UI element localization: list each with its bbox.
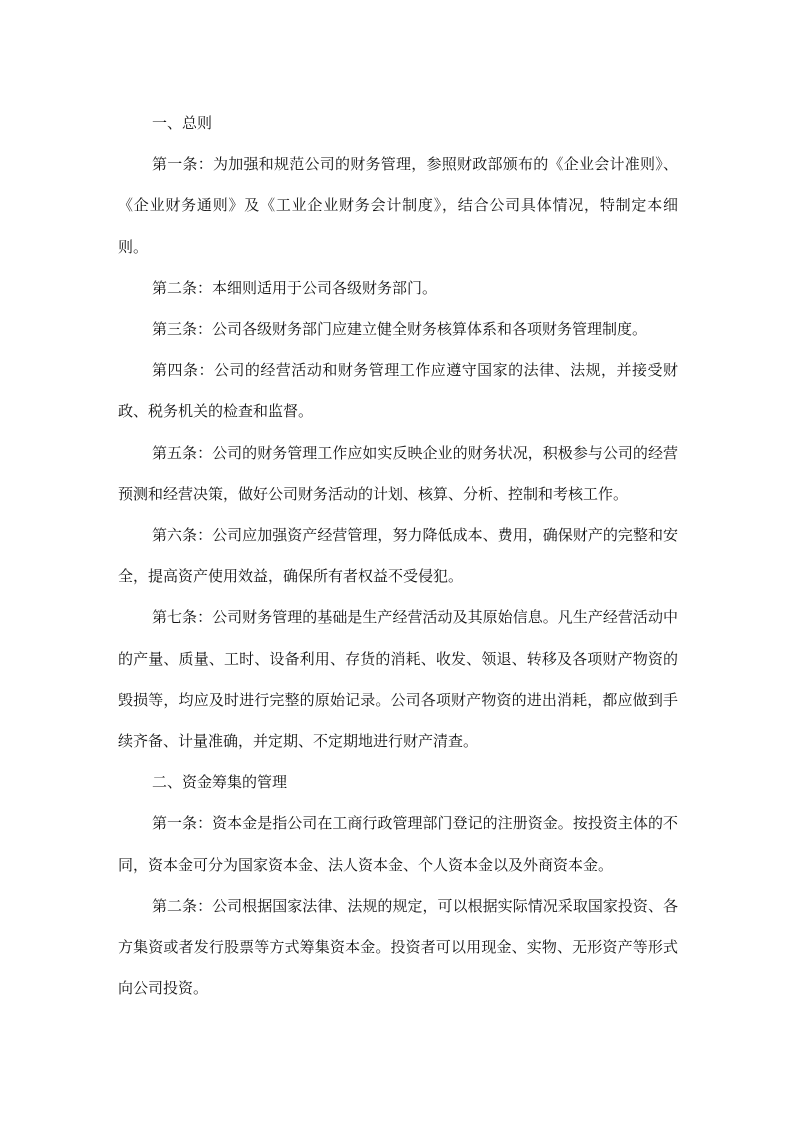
document-page: 一、总则 第一条：为加强和规范公司的财务管理，参照财政部颁布的《企业会计准则》、… [118, 103, 678, 1009]
article-3: 第三条：公司各级财务部门应建立健全财务核算体系和各项财务管理制度。 [118, 309, 678, 350]
section-heading-general: 一、总则 [118, 103, 678, 144]
article-2: 第二条：本细则适用于公司各级财务部门。 [118, 268, 678, 309]
fund-article-1: 第一条：资本金是指公司在工商行政管理部门登记的注册资金。按投资主体的不同，资本金… [118, 803, 678, 885]
article-5: 第五条：公司的财务管理工作应如实反映企业的财务状况，积极参与公司的经营预测和经营… [118, 433, 678, 515]
fund-article-2: 第二条：公司根据国家法律、法规的规定，可以根据实际情况采取国家投资、各方集资或者… [118, 886, 678, 1010]
article-4: 第四条：公司的经营活动和财务管理工作应遵守国家的法律、法规，并接受财政、税务机关… [118, 350, 678, 432]
article-1: 第一条：为加强和规范公司的财务管理，参照财政部颁布的《企业会计准则》、《企业财务… [118, 144, 678, 268]
article-7: 第七条：公司财务管理的基础是生产经营活动及其原始信息。凡生产经营活动中的产量、质… [118, 597, 678, 762]
section-heading-fund-raising: 二、资金筹集的管理 [118, 762, 678, 803]
article-6: 第六条：公司应加强资产经营管理，努力降低成本、费用，确保财产的完整和安全，提高资… [118, 515, 678, 597]
